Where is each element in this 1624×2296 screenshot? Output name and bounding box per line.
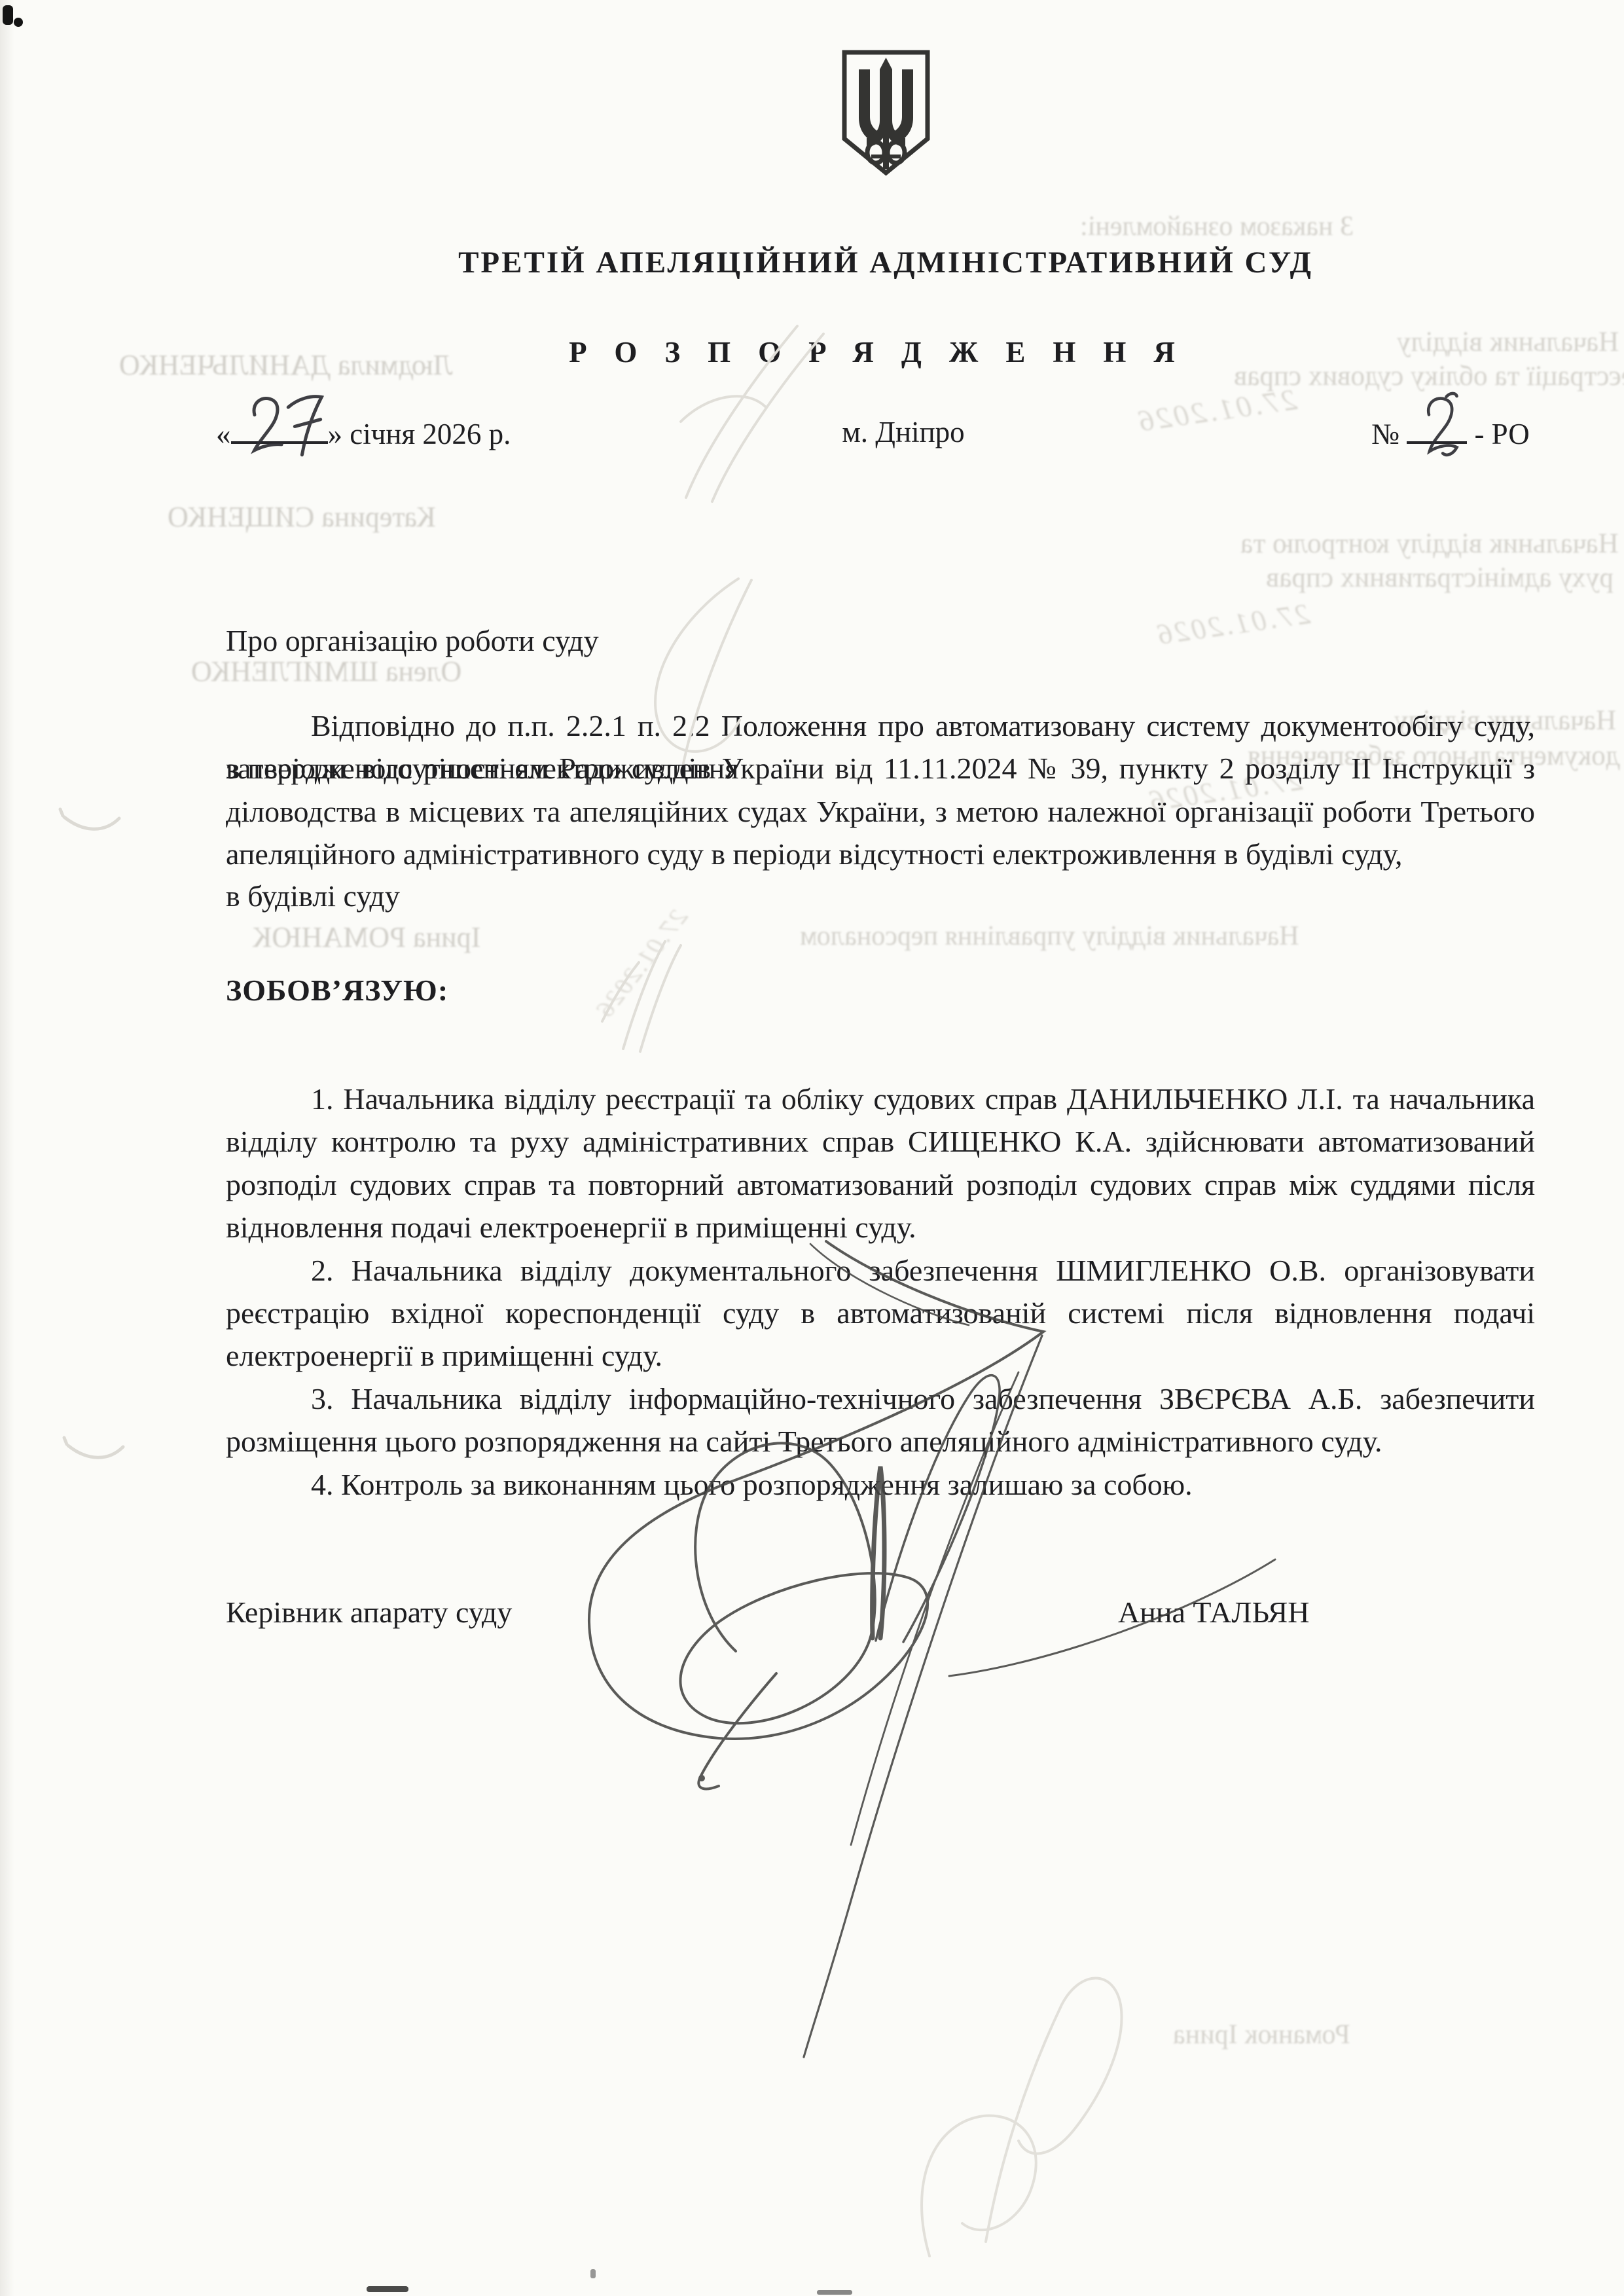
coat-of-arms-emblem: [838, 48, 934, 177]
bleed-entry2-title-line2: руху адміністративних справ: [1266, 562, 1614, 594]
preamble-text: Відповідно до п.п. 2.2.1 п. 2.2 Положенн…: [226, 704, 1535, 876]
order-item-4: 4. Контроль за виконанням цього розпоряд…: [226, 1463, 1535, 1506]
bleed-entry1-title-line1: Начальник відділу: [1397, 326, 1619, 358]
order-item-1: 1. Начальника відділу реєстрації та облі…: [226, 1078, 1535, 1249]
punch-hole-marks: [60, 809, 123, 1457]
bleed-entry2-name: Катерина СИЩЕНКО: [168, 500, 436, 534]
signoff-name: Анна ТАЛЬЯН: [1118, 1595, 1309, 1630]
handwritten-number: [1417, 389, 1476, 465]
date-month-year: січня 2026 р.: [350, 418, 511, 450]
bleed-acknowledgement-line: З наказом ознайомлені:: [1080, 211, 1354, 242]
subject-line-3: в будівлі суду: [226, 875, 738, 917]
city-label: м. Дніпро: [812, 415, 995, 449]
document-type-heading: РОЗПОРЯДЖЕННЯ: [393, 335, 1379, 369]
order-items-list: 1. Начальника відділу реєстрації та облі…: [226, 1078, 1535, 1506]
trident-icon: [838, 48, 934, 177]
signoff-position: Керівник апарату суду: [226, 1595, 512, 1630]
bleed-entry4-title: Начальник відділу управління персоналом: [800, 920, 1299, 952]
court-name-title: ТРЕТІЙ АПЕЛЯЦІЙНИЙ АДМІНІСТРАТИВНИЙ СУД: [393, 245, 1379, 280]
number-suffix: - РО: [1474, 418, 1529, 450]
subject-line-1: Про організацію роботи суду: [226, 619, 738, 662]
scanned-court-order-page: З наказом ознайомлені: Начальник відділу…: [0, 0, 1624, 2296]
handwritten-day: [241, 384, 337, 462]
bleed-footer-name: Романюк Ірина: [1173, 2019, 1350, 2050]
bleed-entry1-handwritten-date: 27.01.2026: [1134, 382, 1299, 439]
bleed-footer-scrawl: [922, 1978, 1121, 2257]
preamble-paragraph: Відповідно до п.п. 2.2.1 п. 2.2 Положенн…: [226, 704, 1535, 876]
date-quote-open: «: [216, 418, 231, 450]
bleed-entry2-title-line1: Начальник відділу контролю та: [1240, 528, 1619, 560]
number-sign: №: [1371, 418, 1399, 450]
resolve-heading: ЗОБОВ’ЯЗУЮ:: [226, 973, 448, 1008]
scan-edge-shadow: [0, 0, 14, 2296]
order-item-2: 2. Начальника відділу документального за…: [226, 1249, 1535, 1377]
bleed-entry2-handwritten-date: 27.01.2026: [1153, 597, 1312, 652]
order-item-3: 3. Начальника відділу інформаційно-техні…: [226, 1377, 1535, 1463]
